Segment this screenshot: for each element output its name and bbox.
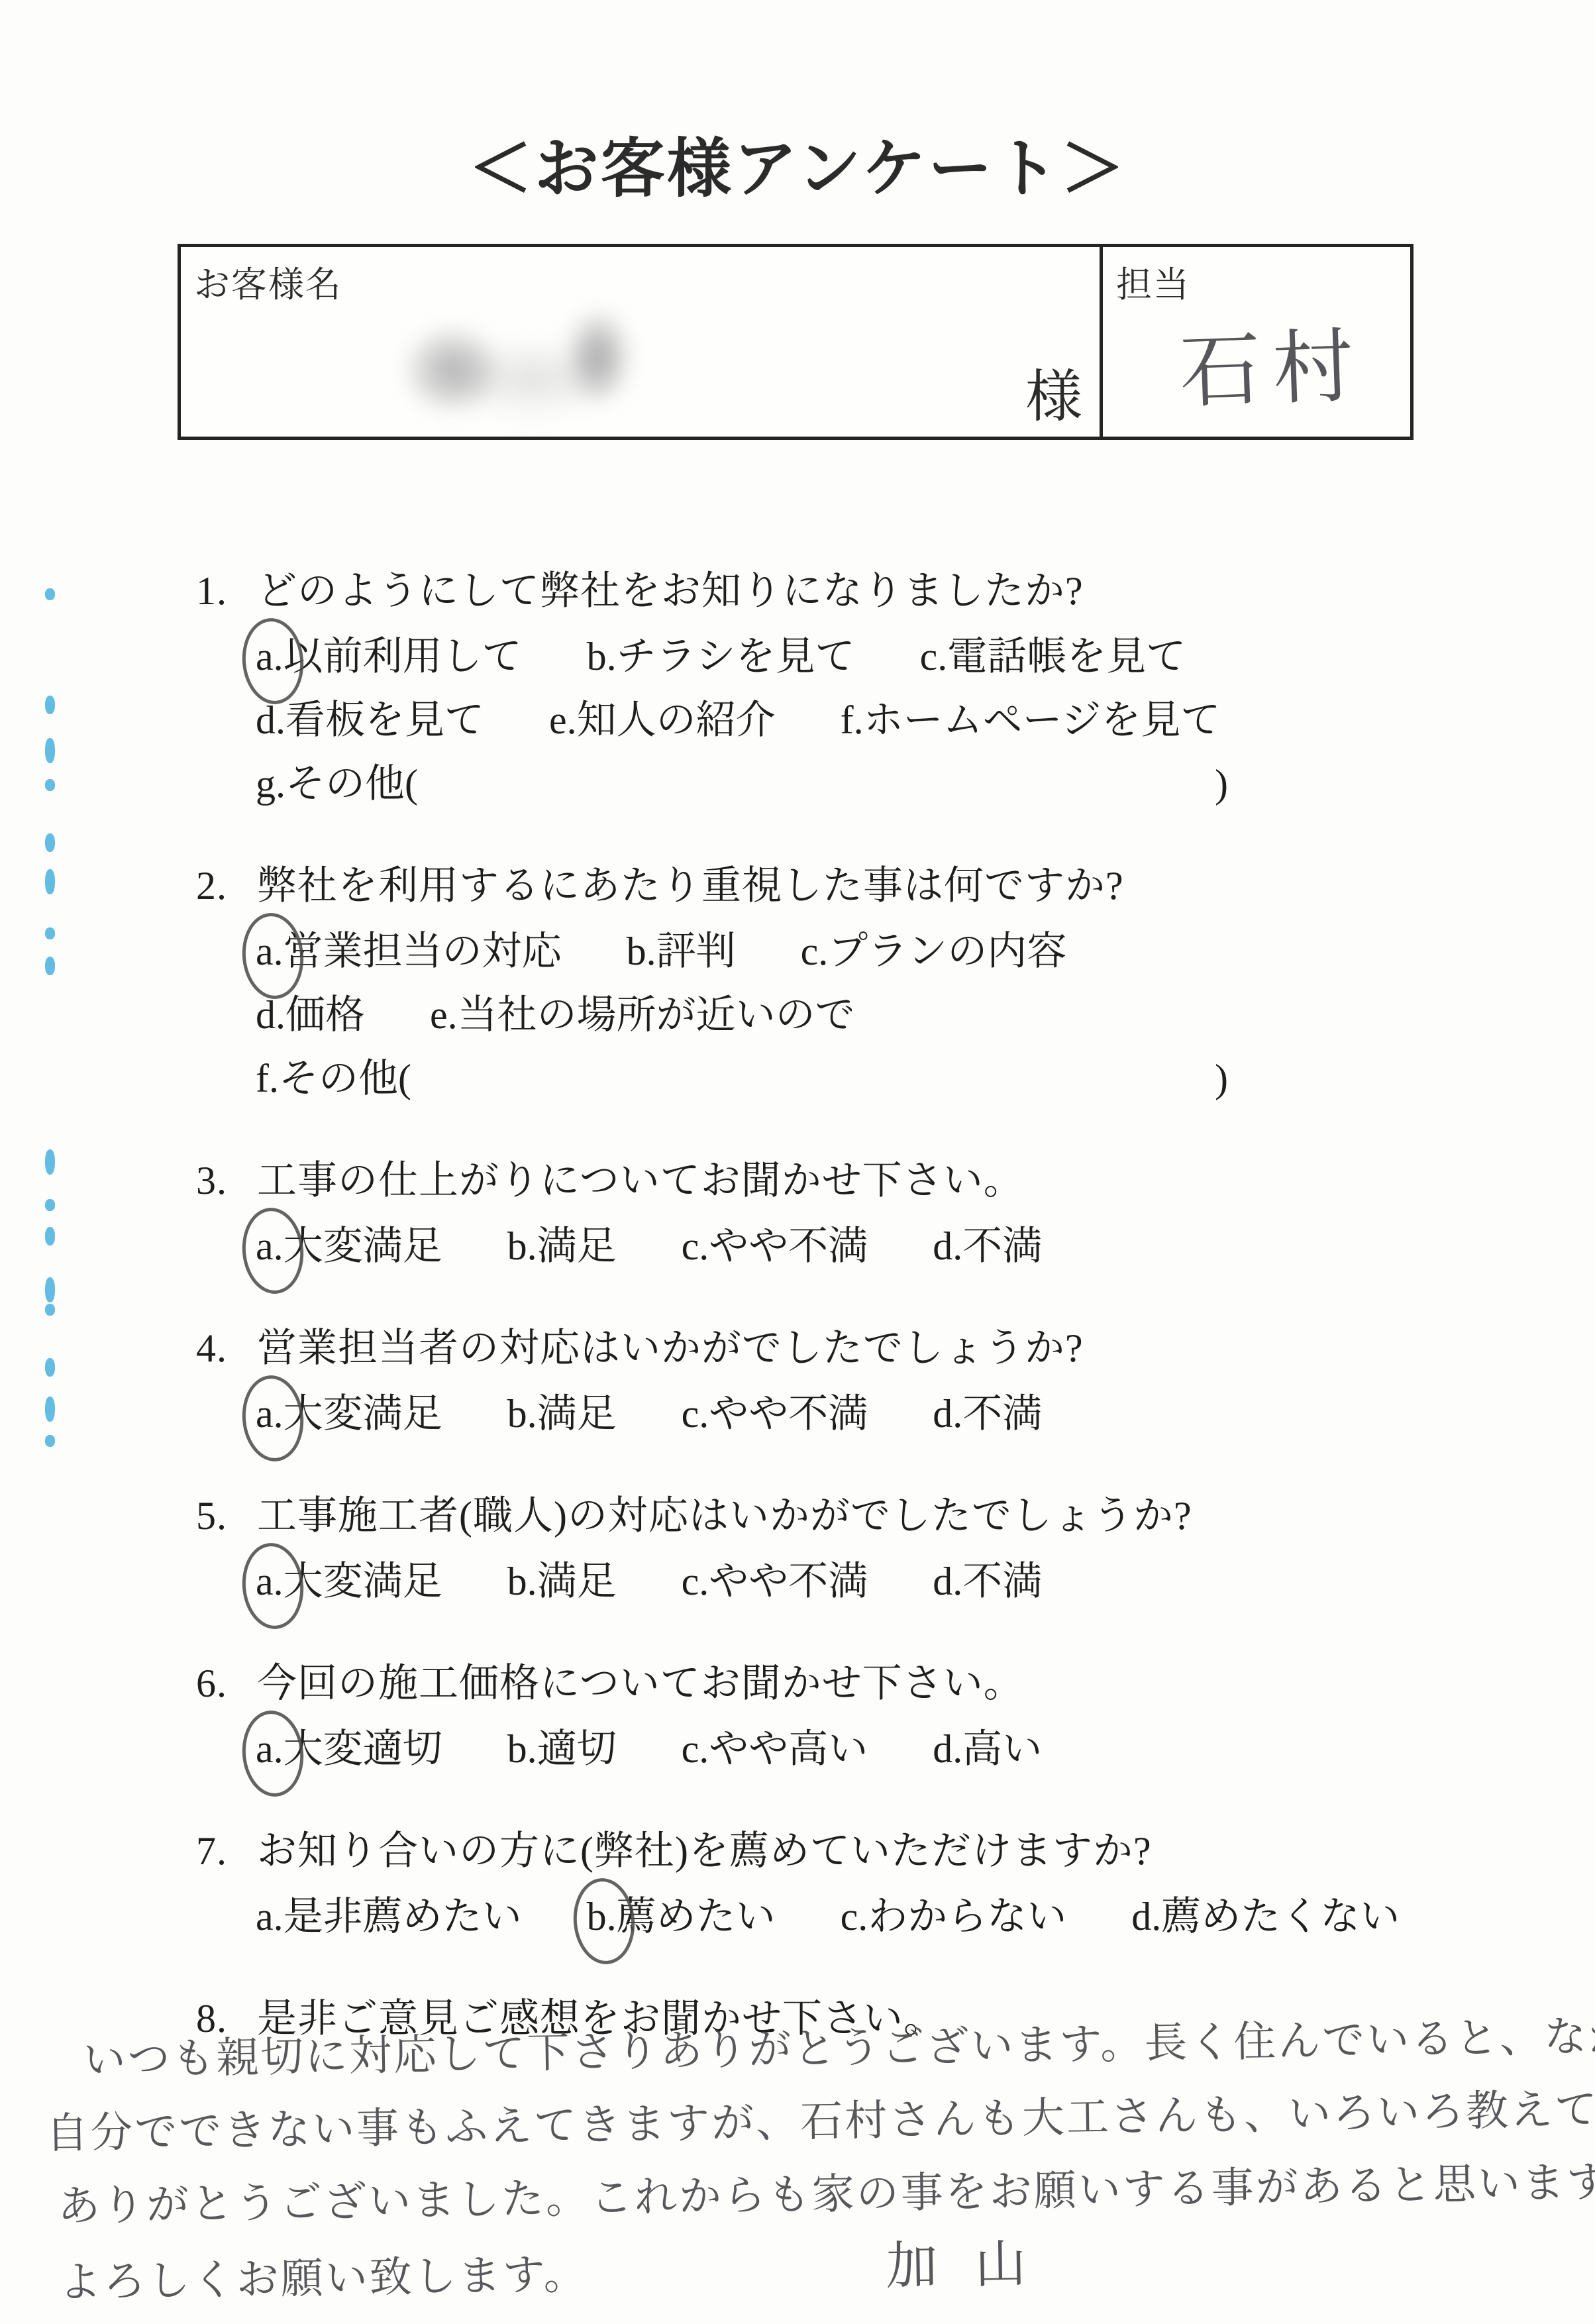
question-title-line: 5.工事施工者(職人)の対応はいかがでしたでしょうか? bbox=[196, 1483, 1468, 1550]
question-title: 工事施工者(職人)の対応はいかがでしたでしょうか? bbox=[257, 1494, 1192, 1538]
option-label: わからない bbox=[868, 1895, 1066, 1938]
option-d: d.不満 bbox=[933, 1550, 1042, 1613]
option-key: c. bbox=[920, 625, 948, 688]
option-label: 是非薦めたい bbox=[283, 1895, 522, 1938]
question-2: 2.弊社を利用するにあたり重視した事は何ですか? a.営業担当の対応 b.評判 … bbox=[196, 853, 1468, 1110]
question-number: 6. bbox=[196, 1650, 238, 1717]
option-key: a. bbox=[256, 1885, 283, 1948]
option-label: 大変満足 bbox=[283, 1559, 442, 1603]
question-title-line: 3.工事の仕上がりについてお聞かせ下さい。 bbox=[196, 1147, 1468, 1214]
questions-list: 1.どのようにして弊社をお知りになりましたか? a.以前利用して b.チラシを見… bbox=[196, 558, 1468, 2089]
option-key: a. bbox=[256, 1550, 283, 1613]
option-a: a.大変満足 bbox=[256, 1382, 442, 1446]
question-title-line: 1.どのようにして弊社をお知りになりましたか? bbox=[196, 558, 1468, 625]
option-a: a.営業担当の対応 bbox=[256, 920, 562, 983]
customer-info-box: お客様名 様 担当 石村 bbox=[178, 244, 1414, 440]
option-a: a.以前利用して bbox=[256, 625, 522, 688]
question-title: どのようにして弊社をお知りになりましたか? bbox=[257, 569, 1084, 613]
question-3: 3.工事の仕上がりについてお聞かせ下さい。 a.大変満足 b.満足 c.やや不満… bbox=[196, 1147, 1468, 1278]
option-label: 不満 bbox=[962, 1559, 1042, 1603]
option-key: g. bbox=[256, 752, 285, 816]
question-5: 5.工事施工者(職人)の対応はいかがでしたでしょうか? a.大変満足 b.満足 … bbox=[196, 1483, 1468, 1613]
option-key: b. bbox=[587, 625, 617, 688]
option-b: b.薦めたい bbox=[587, 1885, 776, 1948]
option-c: c.やや不満 bbox=[682, 1214, 868, 1278]
option-b: b.適切 bbox=[507, 1717, 617, 1781]
option-row: a.是非薦めたい b.薦めたい c.わからない d.薦めたくない bbox=[196, 1885, 1468, 1948]
handwritten-comment: いつも親切に対応して下さりありがとうございます。長く住んでいると、なかなか 自分… bbox=[44, 2001, 1586, 2316]
option-label: やや不満 bbox=[709, 1559, 868, 1603]
option-key: b. bbox=[627, 920, 656, 983]
option-label: 満足 bbox=[537, 1392, 617, 1436]
option-label: 以前利用して bbox=[283, 635, 522, 678]
option-key: d. bbox=[933, 1717, 962, 1781]
option-key: a. bbox=[256, 920, 283, 983]
question-title: 今回の施工価格についてお聞かせ下さい。 bbox=[257, 1662, 1024, 1705]
option-label: 価格 bbox=[285, 993, 365, 1037]
scan-artifact-blue-mark bbox=[45, 869, 55, 894]
option-key: c. bbox=[801, 920, 829, 983]
scan-artifact-blue-mark bbox=[45, 1227, 55, 1245]
option-label: 満足 bbox=[537, 1224, 617, 1268]
scan-artifact-blue-mark bbox=[45, 588, 55, 600]
option-key: b. bbox=[587, 1885, 617, 1948]
scan-artifact-blue-mark bbox=[45, 1304, 55, 1316]
scan-artifact-blue-mark bbox=[45, 1149, 55, 1175]
option-label: 電話帳を見て bbox=[947, 635, 1186, 678]
scan-artifact-blue-mark bbox=[45, 779, 55, 791]
question-title: お知り合いの方に(弊社)を薦めていただけますか? bbox=[257, 1829, 1152, 1873]
question-title-line: 2.弊社を利用するにあたり重視した事は何ですか? bbox=[196, 853, 1468, 920]
option-row: d.価格 e.当社の場所が近いので bbox=[196, 983, 1468, 1047]
option-a: a.大変満足 bbox=[256, 1550, 442, 1613]
option-label: 当社の場所が近いので bbox=[458, 993, 855, 1037]
option-key: b. bbox=[507, 1550, 537, 1613]
customer-name-label: お客様名 bbox=[194, 256, 342, 307]
other-paren-close: ) bbox=[1215, 752, 1228, 816]
option-key: a. bbox=[256, 1717, 283, 1781]
question-1: 1.どのようにして弊社をお知りになりましたか? a.以前利用して b.チラシを見… bbox=[196, 558, 1468, 816]
question-number: 4. bbox=[196, 1315, 238, 1382]
page-title: ＜お客様アンケート＞ bbox=[0, 117, 1595, 209]
option-label: 満足 bbox=[537, 1559, 617, 1603]
option-f: f.その他( bbox=[256, 1047, 411, 1110]
option-c: c.わからない bbox=[841, 1885, 1067, 1948]
option-row: a.大変満足 b.満足 c.やや不満 d.不満 bbox=[196, 1550, 1468, 1613]
option-label: 知人の紹介 bbox=[577, 698, 776, 742]
option-key: d. bbox=[256, 688, 285, 752]
option-label: 評判 bbox=[656, 929, 736, 973]
option-label: 看板を見て bbox=[285, 698, 484, 742]
question-number: 5. bbox=[196, 1483, 238, 1550]
option-b: b.満足 bbox=[507, 1382, 617, 1446]
option-label: 薦めたい bbox=[617, 1895, 776, 1938]
option-key: e. bbox=[549, 688, 577, 752]
option-b: b.満足 bbox=[507, 1550, 617, 1613]
option-d: d.看板を見て bbox=[256, 688, 484, 752]
customer-name-suffix: 様 bbox=[1025, 350, 1082, 433]
option-key: c. bbox=[682, 1550, 709, 1613]
option-label: 大変満足 bbox=[283, 1224, 442, 1268]
option-f: f.ホームページを見て bbox=[841, 688, 1221, 752]
option-key: b. bbox=[507, 1717, 537, 1781]
question-title: 工事の仕上がりについてお聞かせ下さい。 bbox=[257, 1159, 1024, 1202]
option-d: d.薦めたくない bbox=[1131, 1885, 1400, 1948]
option-label: 不満 bbox=[962, 1224, 1042, 1268]
option-key: d. bbox=[933, 1382, 962, 1446]
option-key: f. bbox=[841, 688, 864, 752]
option-key: d. bbox=[1131, 1885, 1161, 1948]
option-key: d. bbox=[933, 1550, 962, 1613]
option-row: a.以前利用して b.チラシを見て c.電話帳を見て bbox=[196, 625, 1468, 688]
option-b: b.チラシを見て bbox=[587, 625, 855, 688]
scanned-survey-page: ＜お客様アンケート＞ お客様名 様 担当 石村 1.どのようにして弊社をお知りに… bbox=[0, 0, 1595, 2324]
option-key: a. bbox=[256, 1214, 283, 1278]
staff-label: 担当 bbox=[1116, 256, 1190, 307]
option-d: d.不満 bbox=[933, 1214, 1042, 1278]
option-key: c. bbox=[841, 1885, 868, 1948]
option-row: a.大変満足 b.満足 c.やや不満 d.不満 bbox=[196, 1382, 1468, 1446]
option-a: a.大変適切 bbox=[256, 1717, 442, 1781]
option-c: c.やや不満 bbox=[682, 1382, 868, 1446]
option-key: c. bbox=[682, 1214, 709, 1278]
option-label: その他( bbox=[285, 762, 418, 806]
question-number: 3. bbox=[196, 1147, 238, 1214]
option-c: c.やや高い bbox=[682, 1717, 868, 1781]
scan-artifact-blue-mark bbox=[45, 1277, 55, 1302]
option-key: d. bbox=[256, 983, 285, 1047]
option-key: a. bbox=[256, 625, 283, 688]
option-c: c.プランの内容 bbox=[801, 920, 1067, 983]
option-label: 大変満足 bbox=[283, 1392, 442, 1436]
question-number: 1. bbox=[196, 558, 238, 625]
question-6: 6.今回の施工価格についてお聞かせ下さい。 a.大変適切 b.適切 c.やや高い… bbox=[196, 1650, 1468, 1781]
option-row: d.看板を見て e.知人の紹介 f.ホームページを見て bbox=[196, 688, 1468, 752]
scan-artifact-blue-mark bbox=[45, 833, 55, 852]
option-key: d. bbox=[933, 1214, 962, 1278]
option-row-other: f.その他( ) bbox=[196, 1047, 1468, 1110]
option-d: d.高い bbox=[933, 1717, 1042, 1781]
option-key: b. bbox=[507, 1214, 537, 1278]
option-label: プランの内容 bbox=[828, 929, 1066, 973]
scan-artifact-blue-mark bbox=[45, 927, 55, 939]
option-key: e. bbox=[430, 983, 458, 1047]
option-row: a.大変満足 b.満足 c.やや不満 d.不満 bbox=[196, 1214, 1468, 1278]
customer-name-redacted-blur bbox=[399, 299, 731, 428]
option-key: a. bbox=[256, 1382, 283, 1446]
question-title-line: 6.今回の施工価格についてお聞かせ下さい。 bbox=[196, 1650, 1468, 1717]
option-a: a.是非薦めたい bbox=[256, 1885, 522, 1948]
option-row-other: g.その他( ) bbox=[196, 752, 1468, 816]
scan-artifact-blue-mark bbox=[45, 957, 55, 975]
option-c: c.やや不満 bbox=[682, 1550, 868, 1613]
question-title: 弊社を利用するにあたり重視した事は何ですか? bbox=[257, 864, 1124, 908]
option-label: 不満 bbox=[962, 1392, 1042, 1436]
question-number: 7. bbox=[196, 1818, 238, 1885]
question-number: 2. bbox=[196, 853, 238, 920]
option-d: d.価格 bbox=[256, 983, 365, 1047]
question-4: 4.営業担当者の対応はいかがでしたでしょうか? a.大変満足 b.満足 c.やや… bbox=[196, 1315, 1468, 1446]
question-title-line: 7.お知り合いの方に(弊社)を薦めていただけますか? bbox=[196, 1818, 1468, 1885]
option-key: c. bbox=[682, 1382, 709, 1446]
option-label: チラシを見て bbox=[617, 635, 855, 678]
question-title: 営業担当者の対応はいかがでしたでしょうか? bbox=[257, 1326, 1084, 1370]
option-key: c. bbox=[682, 1717, 709, 1781]
option-label: ホームページを見て bbox=[864, 698, 1221, 742]
scan-artifact-blue-mark bbox=[45, 1358, 55, 1377]
question-7: 7.お知り合いの方に(弊社)を薦めていただけますか? a.是非薦めたい b.薦め… bbox=[196, 1818, 1468, 1948]
option-label: 営業担当の対応 bbox=[283, 929, 562, 973]
option-e: e.当社の場所が近いので bbox=[430, 983, 855, 1047]
option-b: b.満足 bbox=[507, 1214, 617, 1278]
option-label: 薦めたくない bbox=[1161, 1895, 1400, 1938]
option-label: 大変適切 bbox=[283, 1727, 442, 1771]
option-g: g.その他( bbox=[256, 752, 418, 816]
option-row: a.営業担当の対応 b.評判 c.プランの内容 bbox=[196, 920, 1468, 983]
staff-cell: 担当 石村 bbox=[1103, 247, 1410, 437]
option-d: d.不満 bbox=[933, 1382, 1042, 1446]
option-label: 高い bbox=[962, 1727, 1042, 1771]
signature: 加山 bbox=[886, 2227, 1064, 2303]
scan-artifact-blue-mark bbox=[45, 1199, 55, 1211]
option-c: c.電話帳を見て bbox=[920, 625, 1186, 688]
option-label: やや高い bbox=[709, 1727, 868, 1771]
scan-artifact-blue-mark bbox=[45, 696, 55, 714]
option-label: 適切 bbox=[537, 1727, 617, 1771]
scan-artifact-blue-mark bbox=[45, 1397, 55, 1422]
option-key: f. bbox=[256, 1047, 279, 1110]
option-label: やや不満 bbox=[709, 1392, 868, 1436]
scan-artifact-blue-mark bbox=[45, 738, 55, 763]
option-label: やや不満 bbox=[709, 1224, 868, 1268]
option-label: その他( bbox=[279, 1057, 411, 1100]
option-row: a.大変適切 b.適切 c.やや高い d.高い bbox=[196, 1717, 1468, 1781]
option-b: b.評判 bbox=[627, 920, 736, 983]
option-a: a.大変満足 bbox=[256, 1214, 442, 1278]
customer-name-cell: お客様名 様 bbox=[181, 247, 1103, 437]
staff-name-handwritten: 石村 bbox=[1178, 301, 1367, 423]
option-key: b. bbox=[507, 1382, 537, 1446]
question-title-line: 4.営業担当者の対応はいかがでしたでしょうか? bbox=[196, 1315, 1468, 1382]
comment-line-text: よろしくお願い致します。 bbox=[58, 2250, 588, 2307]
option-e: e.知人の紹介 bbox=[549, 688, 776, 752]
other-paren-close: ) bbox=[1215, 1047, 1228, 1110]
scan-artifact-blue-mark bbox=[45, 1435, 55, 1447]
